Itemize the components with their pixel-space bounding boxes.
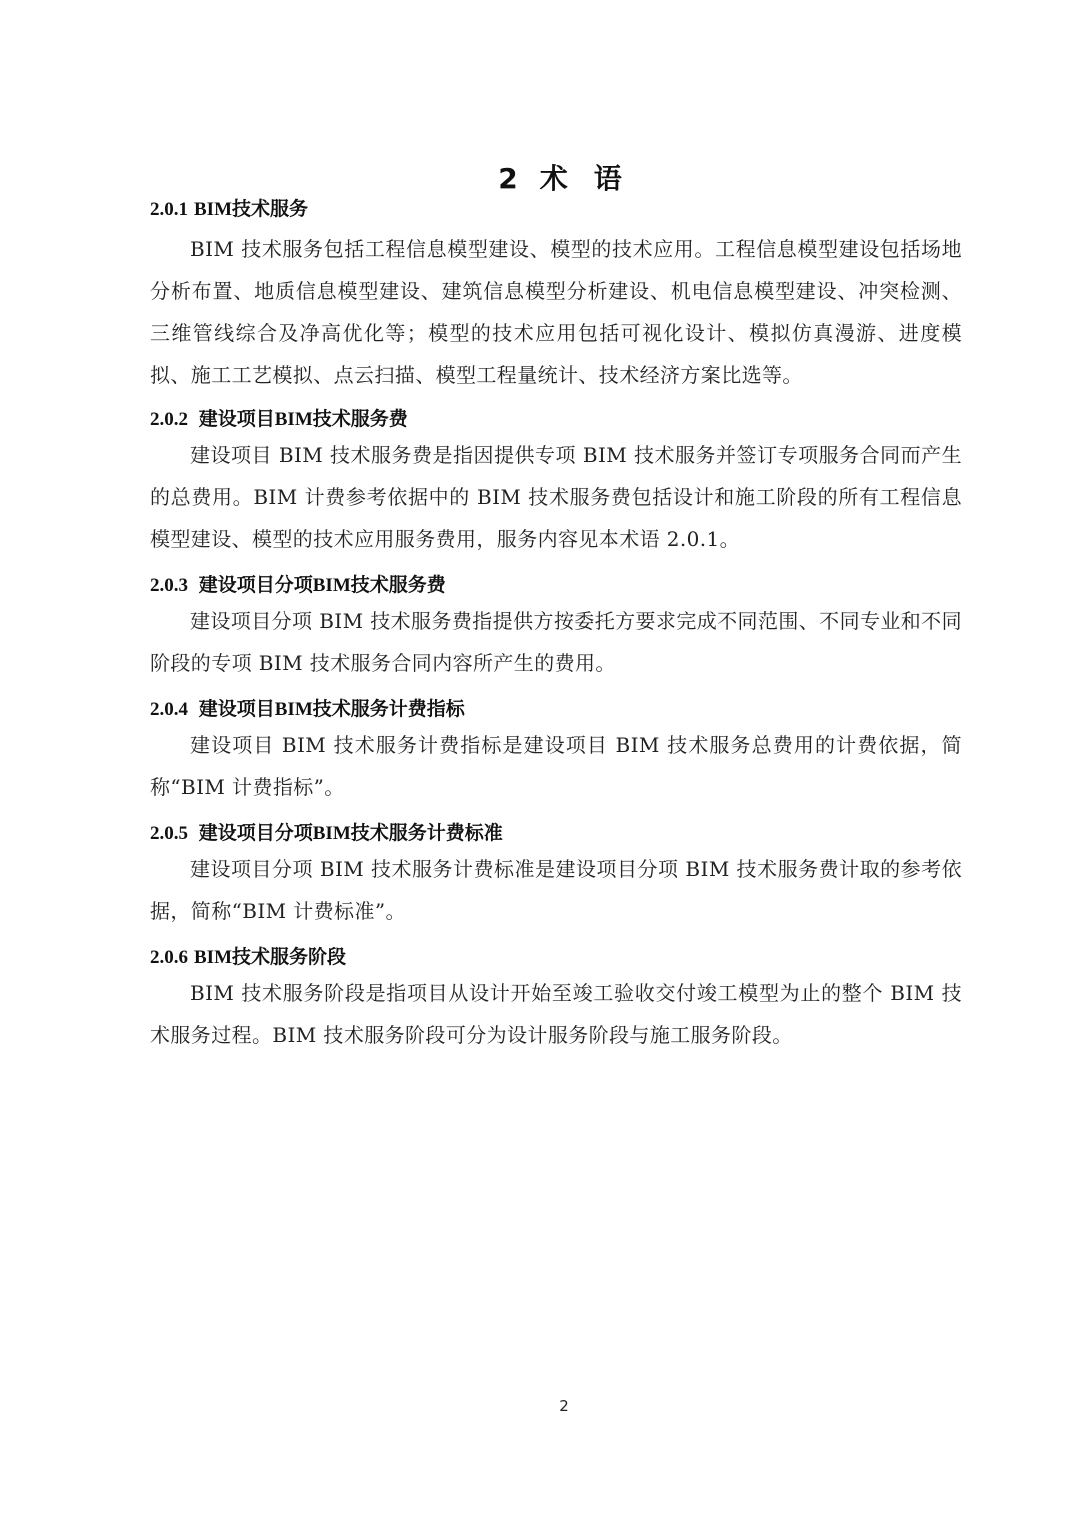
- term-section-2-0-5: 2.0.5 建设项目分项BIM技术服务计费标准 建设项目分项 BIM 技术服务计…: [150, 820, 962, 932]
- term-definition: BIM 技术服务包括工程信息模型建设、模型的技术应用。工程信息模型建设包括场地分…: [150, 228, 962, 396]
- term-number: 2.0.6: [150, 947, 188, 968]
- term-definition: 建设项目 BIM 技术服务费是指因提供专项 BIM 技术服务并签订专项服务合同而…: [150, 434, 962, 560]
- term-section-2-0-4: 2.0.4 建设项目BIM技术服务计费指标 建设项目 BIM 技术服务计费指标是…: [150, 696, 962, 808]
- term-number: 2.0.1: [150, 199, 188, 220]
- term-number: 2.0.3: [150, 575, 188, 596]
- term-definition: 建设项目 BIM 技术服务计费指标是建设项目 BIM 技术服务总费用的计费依据，…: [150, 724, 962, 808]
- document-page: 2术语 2.0.1BIM技术服务 BIM 技术服务包括工程信息模型建设、模型的技…: [0, 0, 1080, 1527]
- term-heading: 2.0.6BIM技术服务阶段: [150, 944, 962, 972]
- term-title: BIM技术服务: [194, 199, 308, 220]
- term-section-2-0-1: 2.0.1BIM技术服务 BIM 技术服务包括工程信息模型建设、模型的技术应用。…: [150, 196, 962, 396]
- term-title: 建设项目分项BIM技术服务费: [199, 575, 446, 596]
- term-definition: 建设项目分项 BIM 技术服务费指提供方按委托方要求完成不同范围、不同专业和不同…: [150, 600, 962, 684]
- term-section-2-0-3: 2.0.3 建设项目分项BIM技术服务费 建设项目分项 BIM 技术服务费指提供…: [150, 572, 962, 684]
- term-definition: BIM 技术服务阶段是指项目从设计开始至竣工验收交付竣工模型为止的整个 BIM …: [150, 972, 962, 1056]
- term-heading: 2.0.3 建设项目分项BIM技术服务费: [150, 572, 962, 600]
- term-heading: 2.0.2 建设项目BIM技术服务费: [150, 406, 962, 434]
- term-heading: 2.0.1BIM技术服务: [150, 196, 962, 224]
- page-number: 2: [0, 1397, 1080, 1415]
- term-section-2-0-6: 2.0.6BIM技术服务阶段 BIM 技术服务阶段是指项目从设计开始至竣工验收交…: [150, 944, 962, 1056]
- term-number: 2.0.4: [150, 699, 188, 720]
- term-title: BIM技术服务阶段: [194, 947, 346, 968]
- term-definition: 建设项目分项 BIM 技术服务计费标准是建设项目分项 BIM 技术服务费计取的参…: [150, 848, 962, 932]
- term-heading: 2.0.5 建设项目分项BIM技术服务计费标准: [150, 820, 962, 848]
- document-body: 2.0.1BIM技术服务 BIM 技术服务包括工程信息模型建设、模型的技术应用。…: [150, 190, 962, 1056]
- term-number: 2.0.5: [150, 823, 188, 844]
- term-title: 建设项目BIM技术服务费: [199, 409, 408, 430]
- term-title: 建设项目BIM技术服务计费指标: [199, 699, 465, 720]
- term-title: 建设项目分项BIM技术服务计费标准: [199, 823, 503, 844]
- term-heading: 2.0.4 建设项目BIM技术服务计费指标: [150, 696, 962, 724]
- term-number: 2.0.2: [150, 409, 188, 430]
- term-section-2-0-2: 2.0.2 建设项目BIM技术服务费 建设项目 BIM 技术服务费是指因提供专项…: [150, 406, 962, 560]
